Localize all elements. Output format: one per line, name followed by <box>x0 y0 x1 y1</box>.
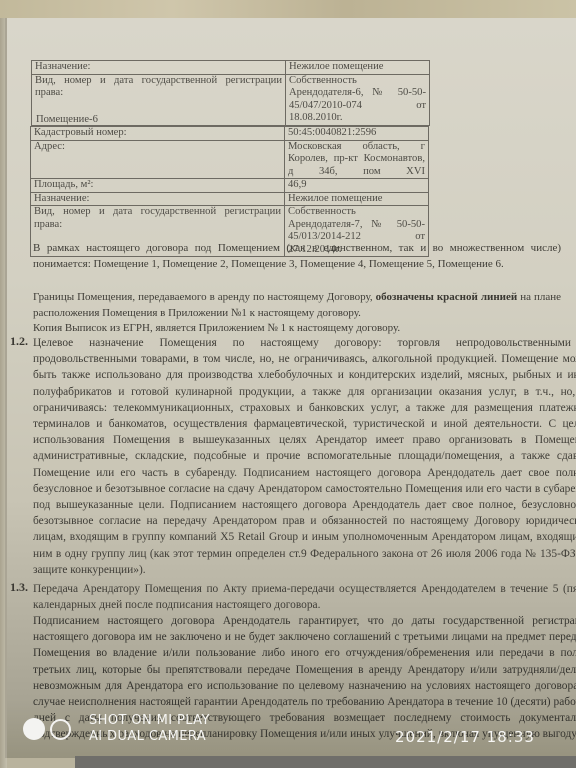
row-value: Собственность Арендодателя-6, № 50-50-45… <box>286 74 430 125</box>
lens-dot-icon <box>23 718 45 740</box>
premises-definition: В рамках настоящего договора под Помещен… <box>33 240 561 272</box>
row-key: Адрес: <box>31 140 285 179</box>
row-value: Нежилое помещение <box>285 192 429 206</box>
table-surface-background <box>0 0 576 20</box>
table-row: Назначение: Нежилое помещение <box>31 192 429 206</box>
section-1-2-text: Целевое назначение Помещения по настояще… <box>33 335 576 578</box>
row-key: Назначение: <box>32 61 286 75</box>
egrn-copy-note: Копия Выписок из ЕГРН, является Приложен… <box>33 320 561 336</box>
watermark-text: SHOT ON MI PLAY AI DUAL CAMERA <box>89 713 210 745</box>
row-value: Московская область, г Королев, пр-кт Кос… <box>285 140 429 179</box>
table-row: Адрес: Московская область, г Королев, пр… <box>31 140 429 179</box>
section-number-1-2: 1.2. <box>10 334 28 349</box>
row-value: 50:45:0040821:2596 <box>285 127 429 141</box>
table-row: Площадь, м²: 46,9 <box>31 179 429 193</box>
camera-watermark: SHOT ON MI PLAY AI DUAL CAMERA <box>23 713 210 745</box>
borders-paragraph: Границы Помещения, передаваемого в аренд… <box>33 289 561 321</box>
photo-timestamp: 2021/2/17 18:33 <box>395 728 535 746</box>
row-value: Нежилое помещение <box>286 61 430 75</box>
row-key: Кадастровый номер: <box>31 127 285 141</box>
room-6-title: Помещение-6 <box>36 114 98 125</box>
borders-text: Границы Помещения, передаваемого в аренд… <box>33 291 376 303</box>
table-row: Кадастровый номер: 50:45:0040821:2596 <box>31 127 429 141</box>
paper-edge <box>0 18 7 768</box>
watermark-line-2: AI DUAL CAMERA <box>89 729 210 745</box>
section-number-1-3: 1.3. <box>10 580 28 595</box>
row-key: Назначение: <box>31 192 285 206</box>
lens-ring-icon <box>50 719 71 740</box>
row-key: Площадь, м²: <box>31 179 285 193</box>
background-strip <box>75 756 576 768</box>
section-1-3-text: Передача Арендатору Помещения по Акту пр… <box>33 581 576 613</box>
borders-bold-text: обозначены красной линией <box>376 291 518 303</box>
row-value: 46,9 <box>285 179 429 193</box>
table-row: Назначение: Нежилое помещение <box>32 61 430 75</box>
room-6-table: Кадастровый номер: 50:45:0040821:2596 Ад… <box>30 126 429 257</box>
watermark-line-1: SHOT ON MI PLAY <box>89 713 210 729</box>
